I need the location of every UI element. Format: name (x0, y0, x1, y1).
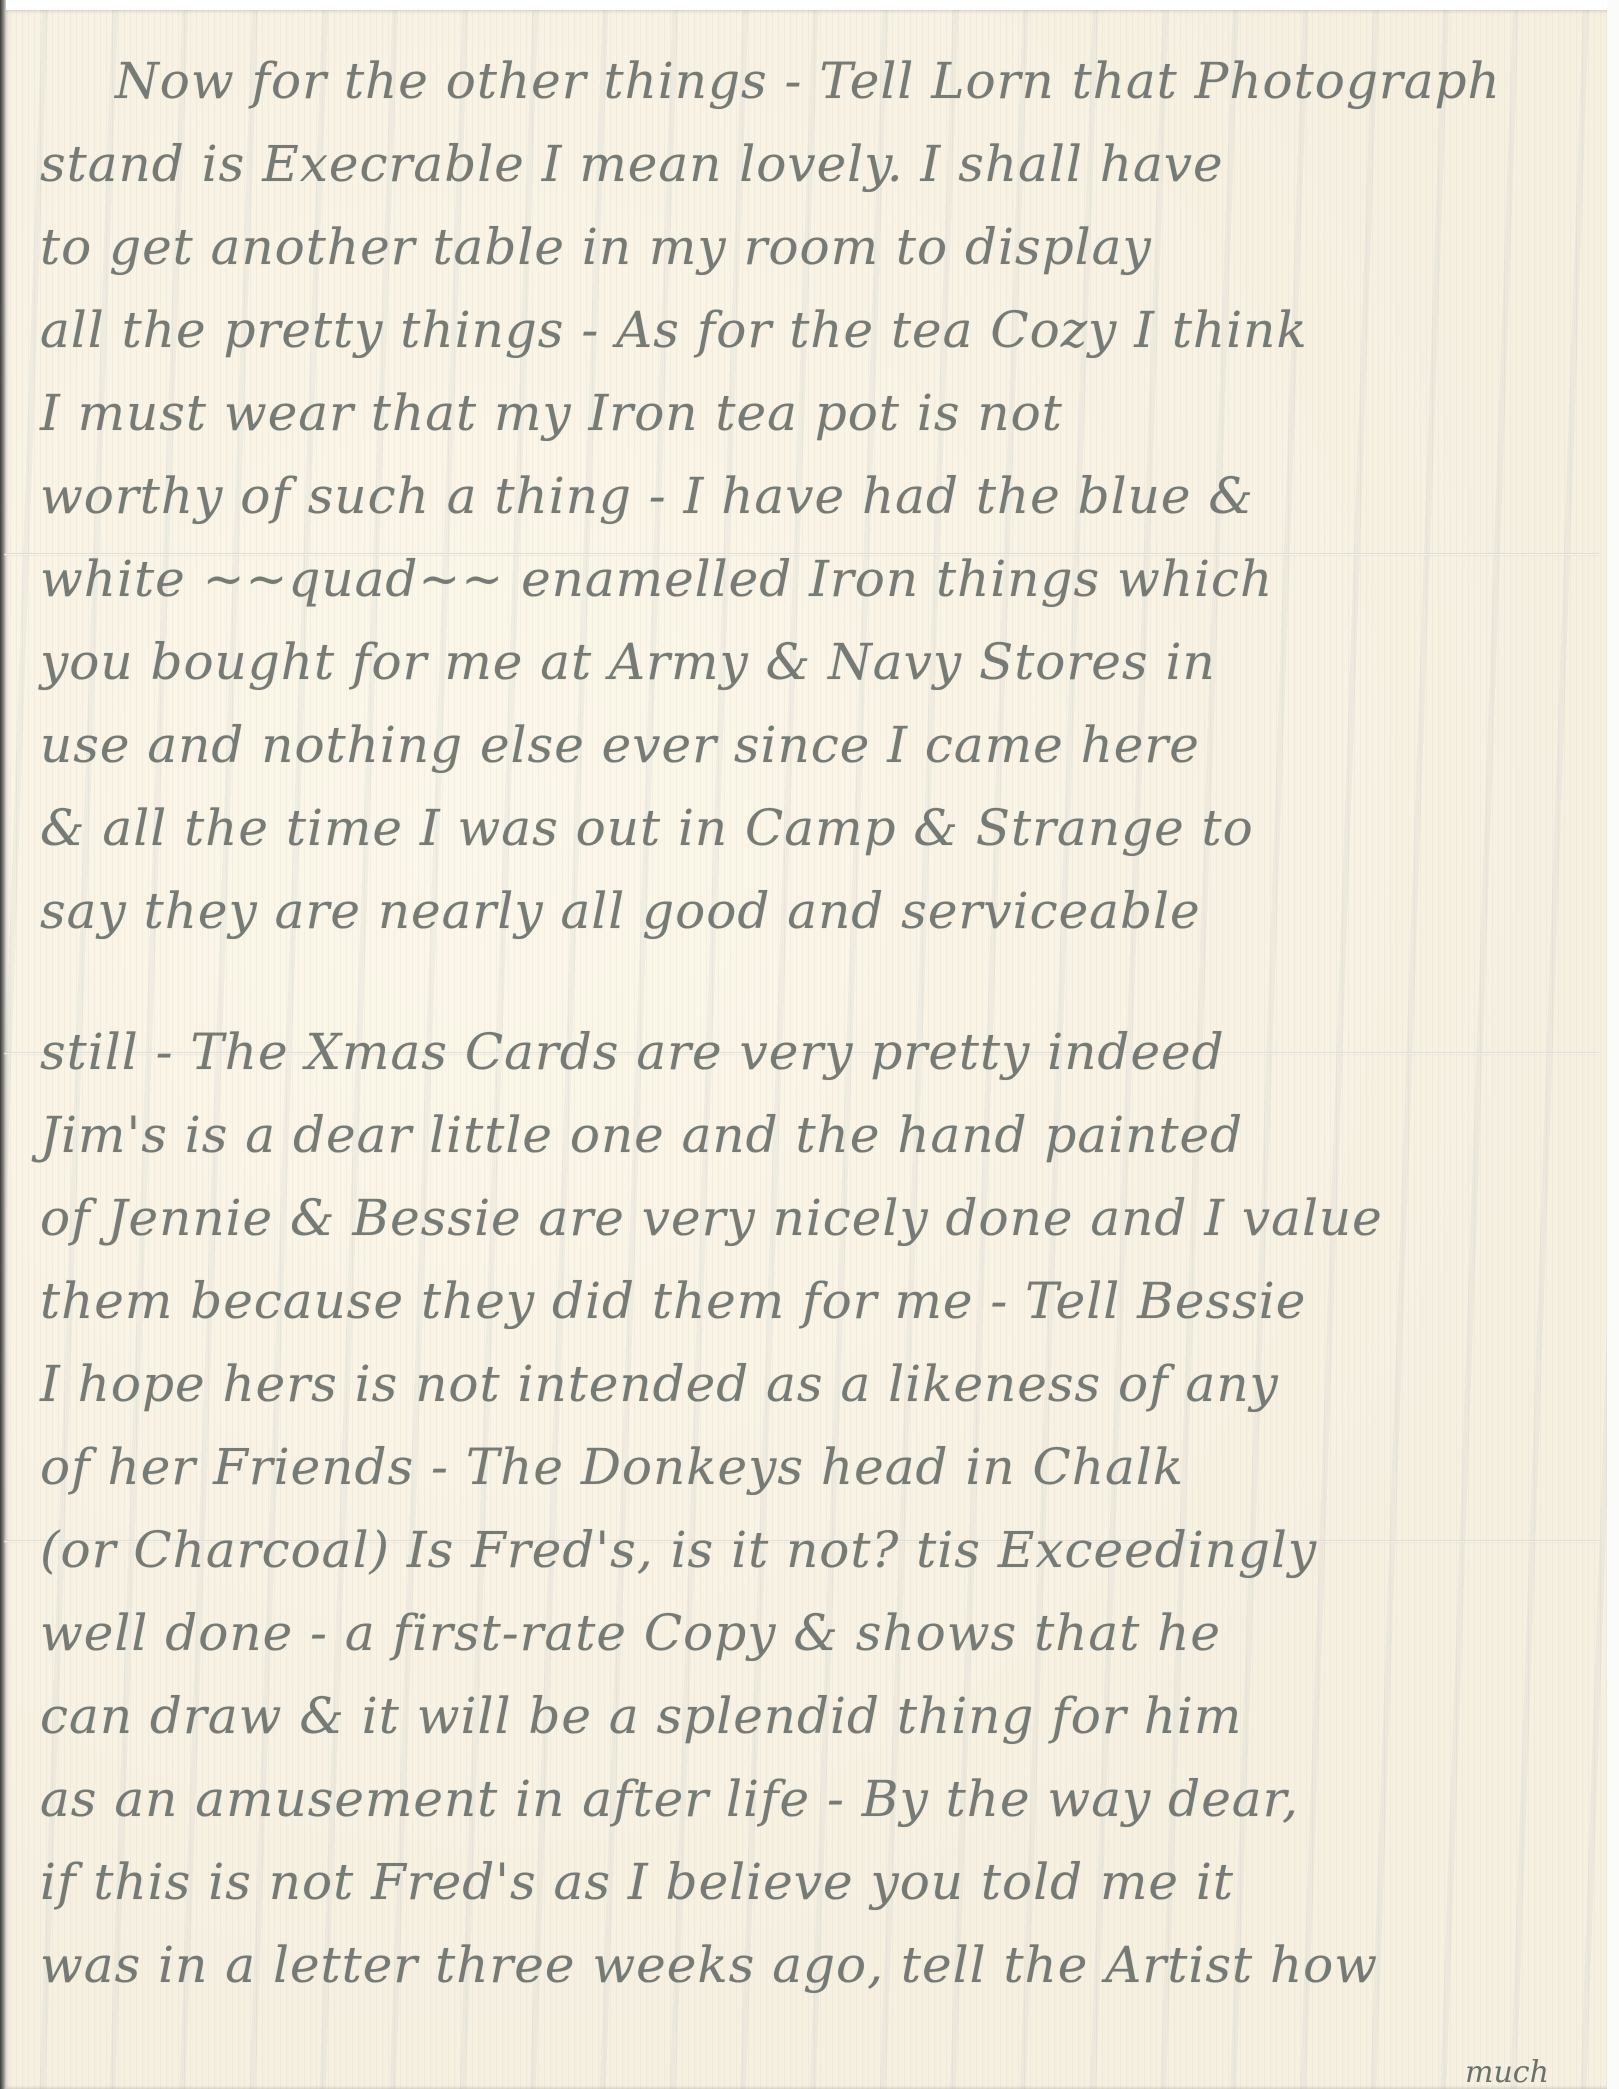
letter-line: use and nothing else ever since I came h… (40, 704, 1580, 787)
letter-line: Jim's is a dear little one and the hand … (40, 1094, 1580, 1177)
letter-line: (or Charcoal) Is Fred's, is it not? tis … (40, 1509, 1580, 1592)
letter-line: was in a letter three weeks ago, tell th… (40, 1924, 1580, 2007)
scan-top-margin (0, 0, 1619, 10)
letter-line: well done - a first-rate Copy & shows th… (40, 1592, 1580, 1675)
letter-line: still - The Xmas Cards are very pretty i… (40, 1011, 1580, 1094)
letter-line: I must wear that my Iron tea pot is not (40, 372, 1580, 455)
letter-line: can draw & it will be a splendid thing f… (40, 1675, 1580, 1758)
continuation-word: much (1465, 2055, 1549, 2089)
letter-line: worthy of such a thing - I have had the … (40, 455, 1580, 538)
letter-line: you bought for me at Army & Navy Stores … (40, 621, 1580, 704)
letter-line: as an amusement in after life - By the w… (40, 1758, 1580, 1841)
letter-line: say they are nearly all good and service… (40, 870, 1580, 953)
letter-line: if this is not Fred's as I believe you t… (40, 1841, 1580, 1924)
letter-line: I hope hers is not intended as a likenes… (40, 1343, 1580, 1426)
letter-body: Now for the other things - Tell Lorn tha… (40, 40, 1580, 2007)
scan-left-edge (0, 0, 6, 2089)
letter-line: white ~~quad~~ enamelled Iron things whi… (40, 538, 1580, 621)
letter-line: stand is Execrable I mean lovely. I shal… (40, 123, 1580, 206)
letter-line: all the pretty things - As for the tea C… (40, 289, 1580, 372)
letter-line: to get another table in my room to displ… (40, 206, 1580, 289)
letter-line: them because they did them for me - Tell… (40, 1260, 1580, 1343)
letter-line: of her Friends - The Donkeys head in Cha… (40, 1426, 1580, 1509)
letter-line: of Jennie & Bessie are very nicely done … (40, 1177, 1580, 1260)
letter-line: & all the time I was out in Camp & Stran… (40, 787, 1580, 870)
letter-line: Now for the other things - Tell Lorn tha… (40, 40, 1580, 123)
scan-right-margin (1607, 0, 1619, 2089)
